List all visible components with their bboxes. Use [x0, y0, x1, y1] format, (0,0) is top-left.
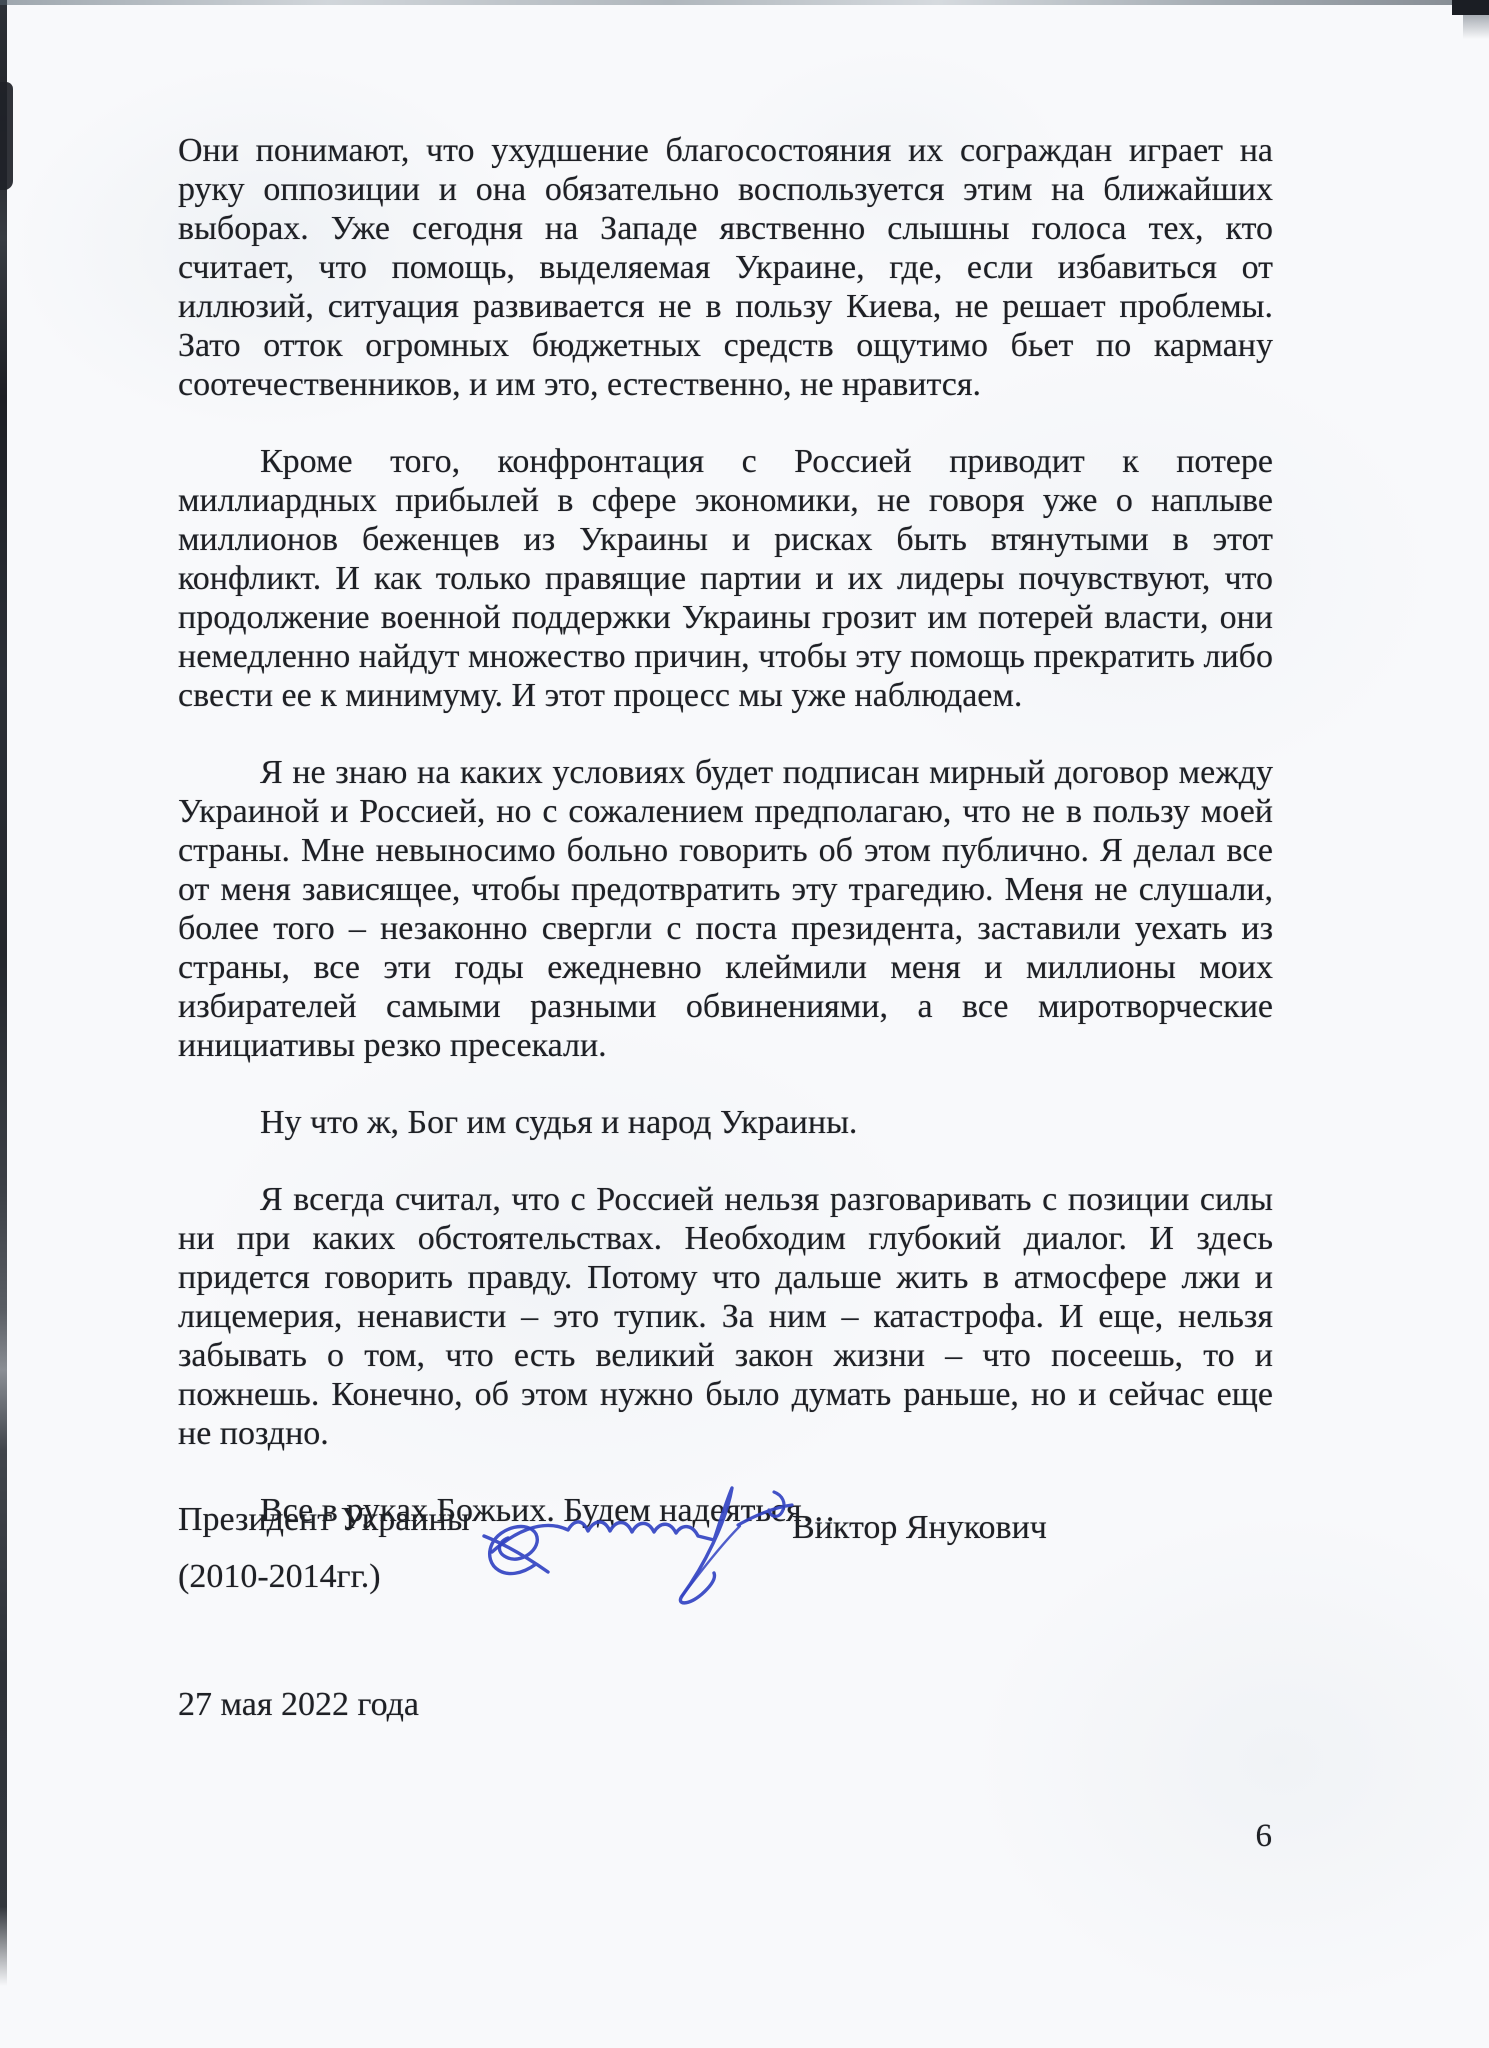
page-number: 6: [1256, 1818, 1273, 1855]
paragraph-1: Они понимают, что ухудшение благосостоян…: [178, 131, 1273, 404]
paragraph-4: Ну что ж, Бог им судья и народ Украины.: [178, 1103, 1273, 1142]
letter-body: Они понимают, что ухудшение благосостоян…: [178, 131, 1273, 1568]
signatory-years: (2010-2014гг.): [178, 1558, 381, 1596]
paragraph-3: Я не знаю на каких условиях будет подпис…: [178, 753, 1273, 1065]
scan-edge-top: [0, 0, 1489, 5]
scan-edge-left: [0, 0, 7, 1986]
signatory-name: Виктор Янукович: [792, 1509, 1047, 1547]
scan-edge-top-right-mark: [1452, 0, 1489, 15]
paragraph-5: Я всегда считал, что с Россией нельзя ра…: [178, 1180, 1273, 1453]
letter-date: 27 мая 2022 года: [178, 1686, 419, 1724]
scan-edge-top-right-shade: [1463, 15, 1489, 39]
scan-edge-left-blotch: [0, 82, 13, 190]
signatory-title: Президент Украины: [178, 1501, 470, 1539]
paragraph-2: Кроме того, конфронтация с Россией приво…: [178, 442, 1273, 715]
scanned-letter-page: Они понимают, что ухудшение благосостоян…: [0, 0, 1489, 2048]
signature-ink: [476, 1464, 821, 1616]
